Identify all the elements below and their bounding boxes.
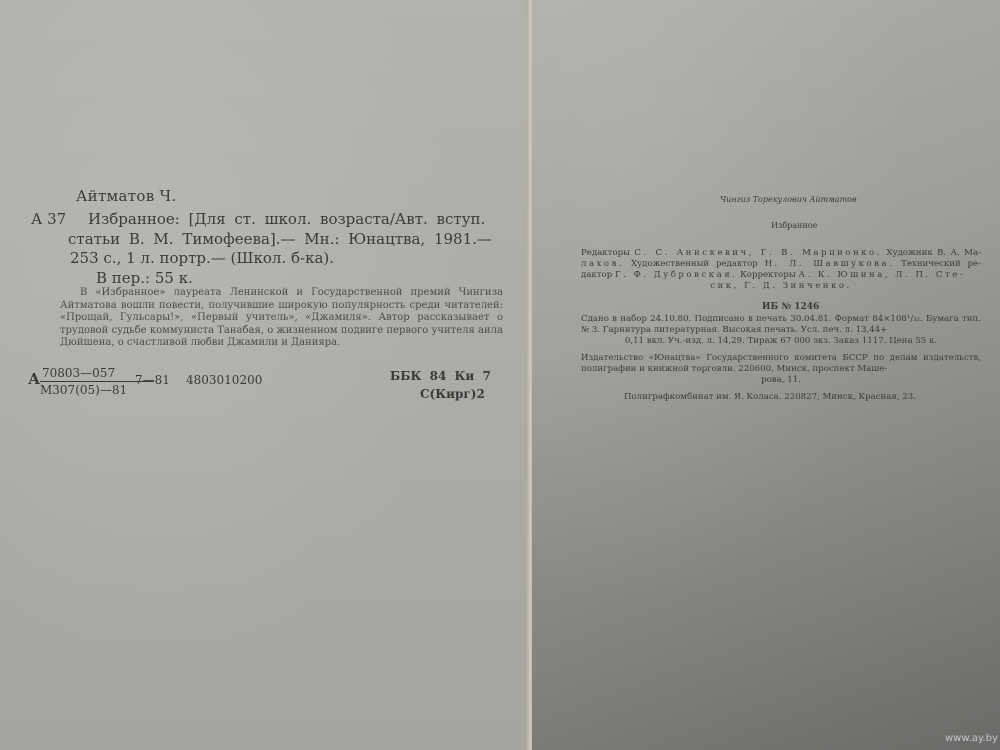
publisher-info: Издательство «Юнацтва» Государственного … bbox=[581, 353, 981, 386]
description-line-2: статьи В. М. Тимофеева].— Мн.: Юнацтва, … bbox=[68, 230, 503, 250]
artist-label: Художник В. А. Ма- bbox=[882, 248, 981, 258]
publisher-main: Издательство «Юнацтва» Государственного … bbox=[581, 353, 981, 374]
art-editor-name: Н. Л. Шавшукова. bbox=[765, 259, 895, 269]
description-line-4: В пер.: 55 к. bbox=[68, 269, 503, 289]
bbk-subcode: С(Кирг)2 bbox=[420, 387, 485, 401]
printing-plant: Полиграфкомбинат им. Я. Коласа. 220827, … bbox=[624, 392, 916, 402]
bbk-code: ББК 84 Ки 7 bbox=[390, 369, 491, 383]
colophon-title: Избранное bbox=[771, 221, 817, 230]
description-line-1: Избранное: [Для ст. школ. возраста/Авт. … bbox=[68, 210, 503, 230]
tech-editor-name: Г. Ф. Дубровская. bbox=[615, 270, 737, 280]
colophon-author: Чингиз Торекулович Айтматов bbox=[720, 195, 857, 204]
editors-names: С. С. Анискевич, Г. В. Марционко. bbox=[634, 248, 882, 258]
art-editor-label: Художественный редактор bbox=[624, 259, 764, 269]
proofreaders-label: Корректоры bbox=[737, 270, 798, 280]
colophon-editors: Редакторы С. С. Анискевич, Г. В. Марцион… bbox=[581, 248, 981, 292]
index-letter: А bbox=[28, 370, 40, 388]
book-annotation: В «Избранное» лауреата Ленинской и Госуд… bbox=[60, 287, 503, 350]
print-info-end: 0,11 вкл. Уч.-изд. л. 14,29. Тираж 67 00… bbox=[581, 336, 981, 347]
watermark: www.ay.by bbox=[945, 733, 998, 744]
catalog-author: Айтматов Ч. bbox=[76, 187, 176, 205]
catalog-description: Избранное: [Для ст. школ. возраста/Авт. … bbox=[68, 210, 503, 288]
print-info-main: Сдано в набор 24.10.80. Подписано в печа… bbox=[581, 314, 981, 335]
description-line-3: 253 с., 1 л. портр.— (Школ. б-ка). bbox=[68, 249, 503, 269]
index-suffix: 7—81 bbox=[135, 373, 170, 387]
proofreaders-names: А. К. Юшина, Л. П. Сте- bbox=[798, 270, 965, 280]
artist-name: лахов. bbox=[581, 259, 624, 269]
index-number: 4803010200 bbox=[186, 373, 262, 387]
proofreaders-names-end: сик, Г. Д. Зинченко. bbox=[581, 281, 981, 292]
catalog-class-code: А 37 bbox=[31, 210, 66, 228]
editors-label: Редакторы bbox=[581, 248, 634, 258]
print-info: Сдано в набор 24.10.80. Подписано в печа… bbox=[581, 314, 981, 347]
ib-number: ИБ № 1246 bbox=[762, 302, 819, 312]
publisher-end: рова, 11. bbox=[581, 375, 981, 386]
